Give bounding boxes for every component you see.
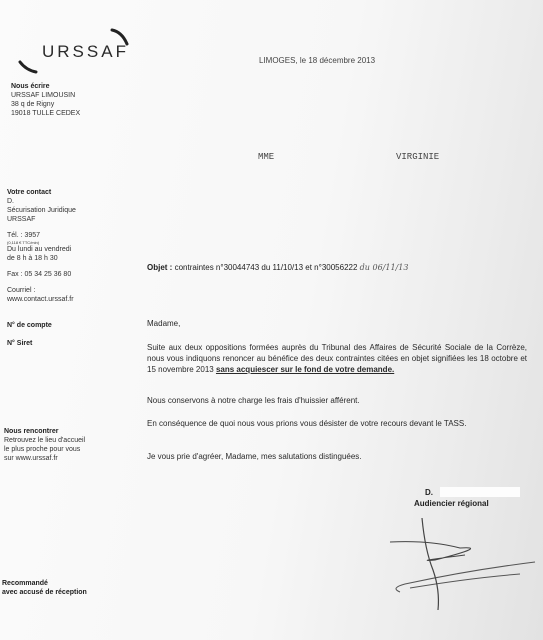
contact-email-label: Courriel : (7, 287, 35, 294)
redacted-name (440, 487, 520, 497)
contact-email-site: www.contact.urssaf.fr (7, 296, 74, 303)
contact-service: Sécurisation Juridique (7, 207, 76, 214)
contact-fax: Fax : 05 34 25 36 80 (7, 271, 71, 278)
object-text: contraintes n°30044743 du 11/10/13 et n°… (175, 263, 358, 272)
urssaf-logo: URSSAF (12, 22, 137, 74)
object-handwritten: du 06/11/13 (360, 263, 409, 272)
paragraph-1-emphasis: sans acquiescer sur le fond de votre dem… (216, 365, 394, 374)
sender-address-line: 19018 TULLE CEDEX (11, 110, 80, 117)
object-line: Objet : contraintes n°30044743 du 11/10/… (147, 263, 408, 272)
sender-address-line: URSSAF LIMOUSIN (11, 92, 75, 99)
meet-heading: Nous rencontrer (4, 428, 58, 435)
contact-org: URSSAF (7, 216, 35, 223)
signatory-initial: D. (425, 488, 433, 497)
contact-name: D. (7, 198, 14, 205)
meet-line: sur www.urssaf.fr (4, 455, 58, 462)
sender-address-line: 38 q de Rigny (11, 101, 54, 108)
meet-block: Nous rencontrer Retrouvez le lieu d'accu… (4, 427, 85, 463)
signatory-role: Audiencier régional (414, 499, 489, 508)
handwritten-signature-icon (370, 510, 540, 620)
paragraph-2: Nous conservons à notre charge les frais… (147, 395, 527, 406)
meet-line: le plus proche pour vous (4, 446, 80, 453)
write-heading: Nous écrire (11, 83, 50, 90)
contact-hours: de 8 h à 18 h 30 (7, 255, 58, 262)
contact-heading: Votre contact (7, 189, 51, 196)
recipient-title: MME (258, 152, 274, 162)
closing: Je vous prie d'agréer, Madame, mes salut… (147, 451, 527, 462)
delivery-mode: Recommandé avec accusé de réception (2, 579, 87, 597)
contact-hours: Du lundi au vendredi (7, 246, 71, 253)
paragraph-3: En conséquence de quoi nous vous prions … (147, 418, 527, 429)
place-date: LIMOGES, le 18 décembre 2013 (259, 56, 375, 65)
siret-label: N° Siret (7, 339, 32, 348)
recipient-name: VIRGINIE (396, 152, 439, 162)
sender-block: Nous écrire URSSAF LIMOUSIN 38 q de Rign… (11, 82, 80, 118)
object-label: Objet : (147, 263, 172, 272)
contact-block: Votre contact D. Sécurisation Juridique … (7, 188, 76, 304)
account-number-label: N° de compte (7, 321, 52, 330)
paragraph-1: Suite aux deux oppositions formées auprè… (147, 342, 527, 375)
meet-line: Retrouvez le lieu d'accueil (4, 437, 85, 444)
phone-rate-note: (0,118 € TTC/min) (7, 240, 76, 245)
letter-page: URSSAF Nous écrire URSSAF LIMOUSIN 38 q … (0, 0, 543, 640)
salutation: Madame, (147, 318, 527, 329)
brand-name: URSSAF (42, 42, 129, 62)
contact-phone: Tél. : 3957 (7, 232, 40, 239)
